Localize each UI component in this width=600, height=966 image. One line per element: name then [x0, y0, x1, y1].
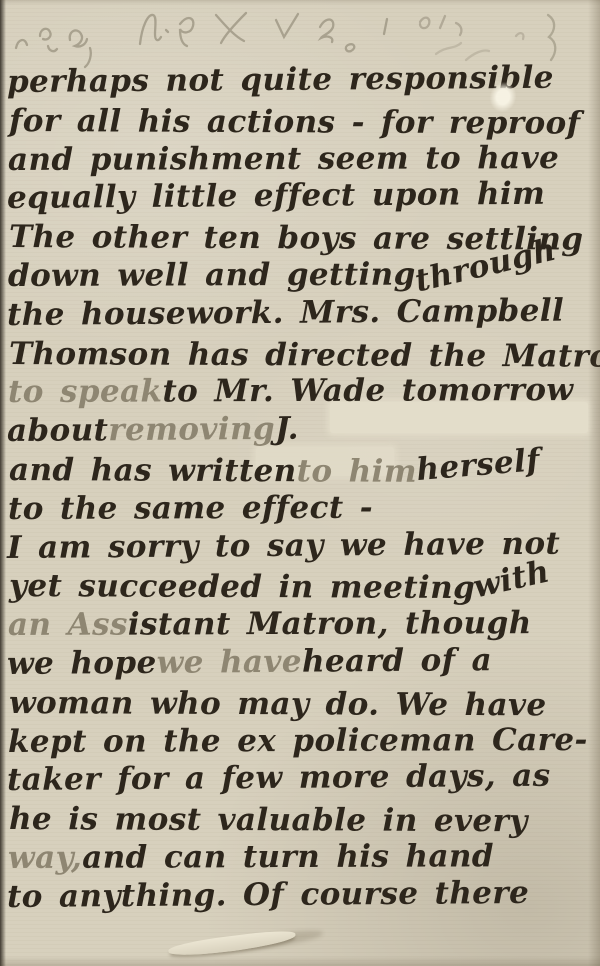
handwriting-segment: the housework. Mrs. Campbell	[7, 291, 564, 334]
handwriting-line: we hope we have heard of a	[7, 640, 600, 683]
handwriting-line: woman who may do. We have	[9, 684, 600, 725]
page-edge-left	[0, 0, 6, 966]
handwriting-segment: kept on the ex policeman Care-	[8, 721, 588, 762]
handwriting-segment: down well and getting	[8, 256, 416, 296]
page-edge-bottom	[0, 956, 600, 966]
handwriting-segment: we hope	[7, 644, 157, 684]
handwriting-segment: and can turn his hand	[82, 837, 494, 877]
handwriting-segment: to Mr. Wade tomorrow	[162, 371, 573, 411]
handwriting-segment: I am sorry to say we have not	[7, 524, 560, 567]
handwriting-segment: we have	[156, 643, 302, 683]
pencil-shorthand-marks	[0, 0, 600, 72]
handwriting-line: to the same effect -	[8, 488, 600, 529]
handwriting-segment: woman who may do. We have	[9, 684, 547, 725]
handwriting-line: yet succeeded in meeting with	[9, 567, 600, 608]
handwriting-segment: to the same effect -	[8, 488, 373, 528]
handwriting-segment: equally little effect upon him	[7, 175, 546, 218]
handwriting-line: an Assistant Matron, though	[8, 604, 600, 645]
letter-page: perhaps not quite responsiblefor all his…	[0, 0, 600, 966]
letter-body: perhaps not quite responsiblefor all his…	[7, 63, 600, 917]
handwriting-segment: istant Matron, though	[128, 604, 532, 644]
handwriting-segment: he is most valuable in every	[9, 800, 528, 841]
handwriting-segment: to anything. Of course there	[7, 874, 530, 917]
handwriting-line: to speak to Mr. Wade tomorrow	[8, 371, 600, 412]
handwriting-segment: J.	[275, 410, 299, 449]
handwriting-line: taker for a few more days, as	[7, 757, 600, 800]
handwriting-line: kept on the ex policeman Care-	[8, 720, 600, 761]
handwriting-line: and has written to him herself	[9, 451, 600, 492]
handwriting-segment: and has written	[9, 451, 297, 491]
handwriting-segment: yet succeeded in meeting	[9, 567, 475, 608]
handwriting-line: and punishment seem to have	[8, 139, 600, 180]
handwriting-line: down well and getting through	[8, 255, 600, 296]
handwriting-segment: removing	[108, 410, 275, 450]
handwriting-line: way, and can turn his hand	[8, 837, 600, 878]
handwriting-segment: herself	[415, 441, 541, 490]
handwriting-line: to anything. Of course there	[7, 873, 600, 916]
handwriting-segment: and punishment seem to have	[8, 139, 559, 180]
handwriting-segment: Thomson has directed the Matron	[9, 335, 600, 377]
handwriting-line: equally little effect upon him	[7, 175, 600, 218]
handwriting-segment: taker for a few more days, as	[7, 757, 551, 800]
handwriting-line: he is most valuable in every	[9, 800, 600, 841]
handwriting-segment: to speak	[8, 373, 163, 412]
handwriting-segment: an Ass	[8, 606, 128, 645]
handwriting-line: the housework. Mrs. Campbell	[7, 291, 600, 334]
handwriting-line: Thomson has directed the Matron	[9, 335, 600, 376]
paper-crease	[168, 928, 297, 958]
handwriting-segment: heard of a	[302, 641, 492, 681]
handwriting-segment: way,	[8, 839, 82, 878]
handwriting-segment: to him	[297, 452, 417, 491]
handwriting-segment: about	[7, 411, 109, 451]
